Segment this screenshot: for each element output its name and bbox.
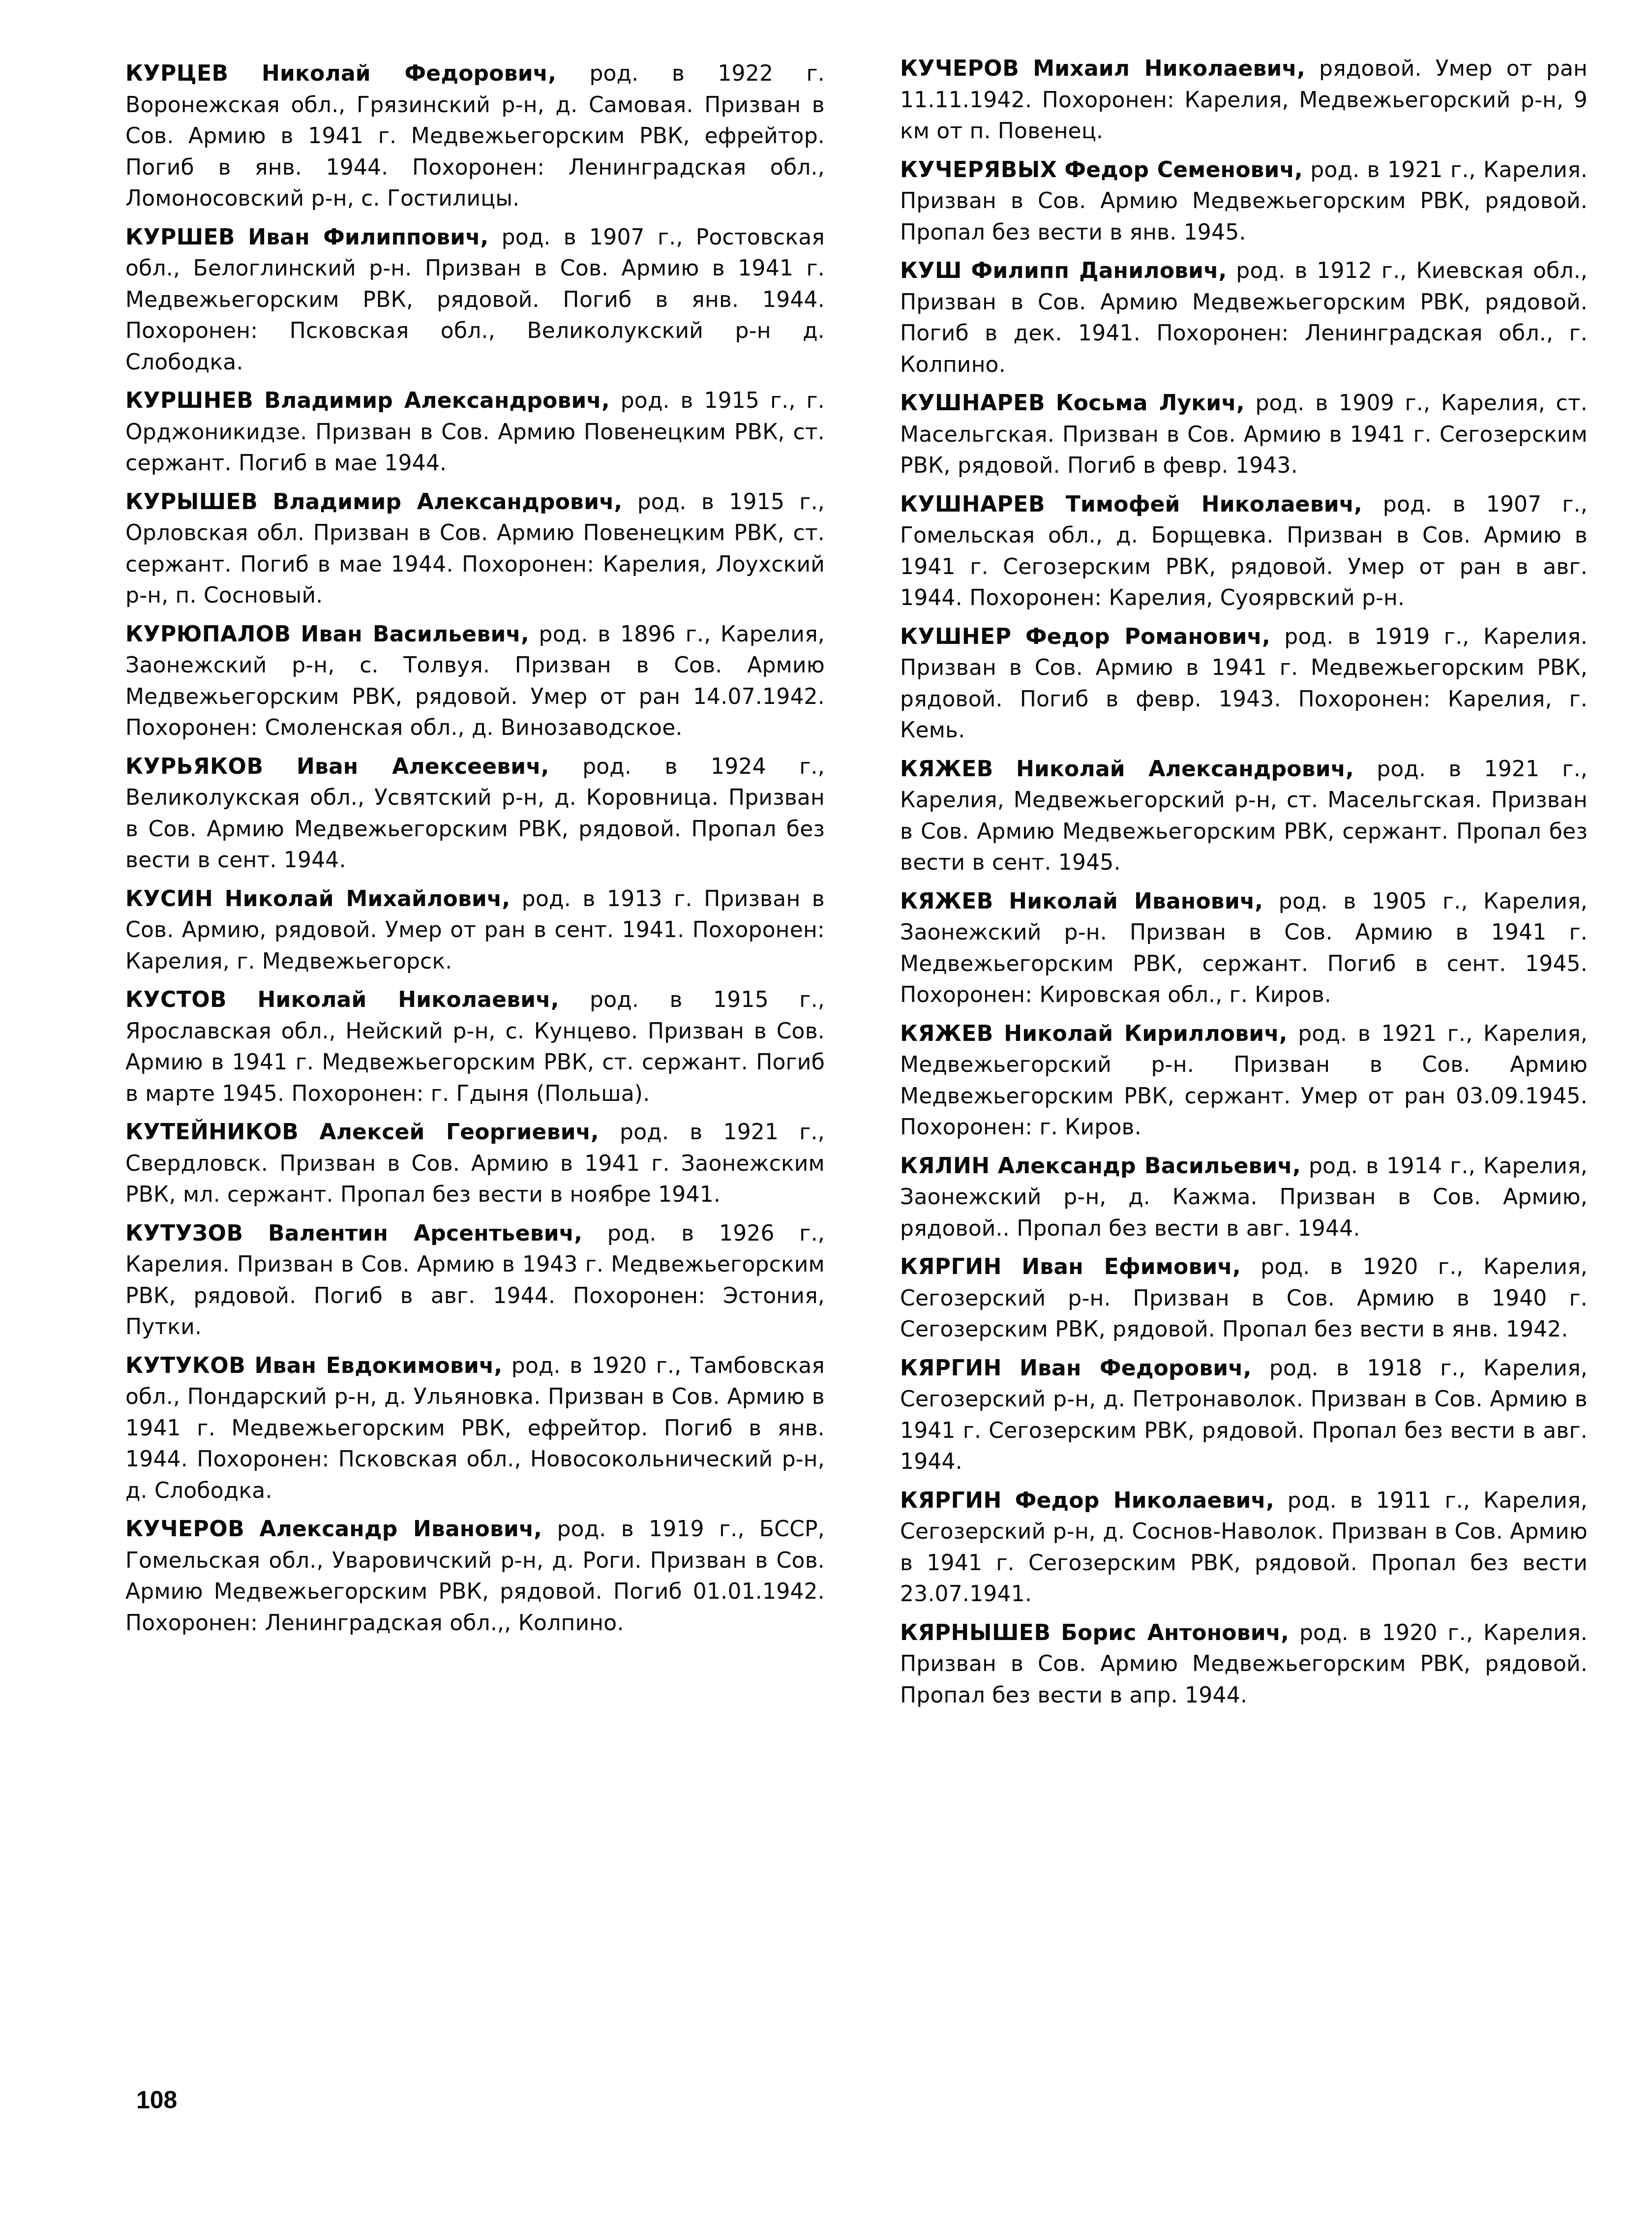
entry-given-name: Иван Евдокимович, (255, 1353, 503, 1378)
entry-given-name: Валентин Арсентьевич, (268, 1221, 582, 1246)
entry-given-name: Иван Филиппович, (248, 225, 488, 250)
entry-given-name: Алексей Георгиевич, (319, 1120, 599, 1145)
entry-surname: КЯРГИН (900, 1488, 1002, 1513)
entry-surname: КУШ (900, 258, 962, 283)
entry: КЯРГИН Иван Федорович, род. в 1918 г., К… (900, 1353, 1588, 1478)
entry: КУСИН Николай Михайлович, род. в 1913 г.… (125, 883, 825, 977)
entry-given-name: Николай Николаевич, (258, 987, 559, 1012)
entry-surname: КУТУКОВ (125, 1353, 245, 1378)
entry: КЯРГИН Иван Ефимович, род. в 1920 г., Ка… (900, 1251, 1588, 1345)
entry: КУШНАРЕВ Тимофей Николаевич, род. в 1907… (900, 489, 1588, 614)
entry: КУШ Филипп Данилович, род. в 1912 г., Ки… (900, 255, 1588, 380)
left-column: КУРЦЕВ Николай Федорович, род. в 1922 г.… (125, 58, 825, 1646)
entry: КУТУЗОВ Валентин Арсентьевич, род. в 192… (125, 1218, 825, 1343)
entry: КУШНАРЕВ Косьма Лукич, род. в 1909 г., К… (900, 388, 1588, 482)
entry-given-name: Александр Васильевич, (998, 1154, 1301, 1179)
entry-surname: КУШНАРЕВ (900, 391, 1045, 416)
entry-surname: КЯРГИН (900, 1356, 1002, 1381)
entry-given-name: Тимофей Николаевич, (1066, 492, 1362, 517)
entry: КЯЖЕВ Николай Кириллович, род. в 1921 г.… (900, 1018, 1588, 1143)
entry-surname: КЯЛИН (900, 1154, 990, 1179)
entry-surname: КУРЦЕВ (125, 61, 229, 86)
entry-surname: КЯЖЕВ (900, 757, 993, 782)
entry-surname: КУЧЕРОВ (125, 1517, 244, 1542)
entry-surname: КЯРНЫШЕВ (900, 1620, 1051, 1645)
entry-given-name: Филипп Данилович, (971, 258, 1227, 283)
entry: КУРШЕВ Иван Филиппович, род. в 1907 г., … (125, 222, 825, 378)
entry-given-name: Федор Николаевич, (1015, 1488, 1274, 1513)
entry-given-name: Николай Михайлович, (225, 886, 511, 912)
entry-surname: КУСИН (125, 886, 213, 912)
entry: КУСТОВ Николай Николаевич, род. в 1915 г… (125, 984, 825, 1109)
entry-given-name: Борис Антонович, (1061, 1620, 1289, 1645)
entry-surname: КУШНАРЕВ (900, 492, 1045, 517)
entry-given-name: Иван Ефимович, (1021, 1254, 1241, 1279)
entry: КЯРГИН Федор Николаевич, род. в 1911 г.,… (900, 1485, 1588, 1610)
entry: КУШНЕР Федор Романович, род. в 1919 г., … (900, 621, 1588, 746)
entry-given-name: Иван Алексеевич, (297, 754, 549, 779)
entry-surname: КУРШНЕВ (125, 388, 253, 413)
entry-given-name: Федор Романович, (1025, 624, 1270, 649)
entry: КЯЖЕВ Николай Александрович, род. в 1921… (900, 754, 1588, 879)
entry-given-name: Николай Кириллович, (1004, 1021, 1287, 1046)
page-number: 108 (136, 2086, 177, 2114)
entry-given-name: Александр Иванович, (259, 1517, 542, 1542)
entry: КУЧЕРОВ Александр Иванович, род. в 1919 … (125, 1514, 825, 1639)
entry-given-name: Владимир Александрович, (264, 388, 610, 413)
entry: КУРЬЯКОВ Иван Алексеевич, род. в 1924 г.… (125, 751, 825, 876)
entry-surname: КУТЕЙНИКОВ (125, 1120, 299, 1145)
right-column: КУЧЕРОВ Михаил Николаевич, рядовой. Умер… (900, 53, 1588, 1718)
entry-surname: КЯРГИН (900, 1254, 1002, 1279)
entry-surname: КУРЫШЕВ (125, 489, 258, 515)
entry: КУТУКОВ Иван Евдокимович, род. в 1920 г.… (125, 1350, 825, 1507)
entry-given-name: Николай Александрович, (1016, 757, 1354, 782)
entry-surname: КУСТОВ (125, 987, 227, 1012)
entry-surname: КЯЖЕВ (900, 889, 993, 914)
entry-surname: КЯЖЕВ (900, 1021, 993, 1046)
entry-text: род. в 1920 г., Карелия, Сегозерский р-н… (900, 1254, 1588, 1342)
entry: КУРЫШЕВ Владимир Александрович, род. в 1… (125, 486, 825, 611)
entry-given-name: Михаил Николаевич, (1033, 56, 1305, 81)
entry-given-name: Иван Васильевич, (300, 622, 529, 647)
entry-surname: КУРЬЯКОВ (125, 754, 263, 779)
entry: КУРШНЕВ Владимир Александрович, род. в 1… (125, 385, 825, 479)
entry: КУЧЕРЯВЫХ Федор Семенович, род. в 1921 г… (900, 154, 1588, 248)
entry-given-name: Николай Иванович, (1009, 889, 1263, 914)
entry-given-name: Владимир Александрович, (272, 489, 622, 515)
entry-surname: КУТУЗОВ (125, 1221, 243, 1246)
entry: КЯРНЫШЕВ Борис Антонович, род. в 1920 г.… (900, 1617, 1588, 1711)
entry-surname: КУШНЕР (900, 624, 1011, 649)
entry: КУЧЕРОВ Михаил Николаевич, рядовой. Умер… (900, 53, 1588, 147)
entry-given-name: Иван Федорович, (1020, 1356, 1252, 1381)
entry: КУРЮПАЛОВ Иван Васильевич, род. в 1896 г… (125, 619, 825, 744)
entry-given-name: Косьма Лукич, (1056, 391, 1245, 416)
entry-given-name: Николай Федорович, (262, 61, 556, 86)
entry-surname: КУРЮПАЛОВ (125, 622, 291, 647)
entry-surname: КУЧЕРОВ (900, 56, 1019, 81)
entry-surname: КУЧЕРЯВЫХ (900, 157, 1057, 182)
entry: КУТЕЙНИКОВ Алексей Георгиевич, род. в 19… (125, 1117, 825, 1211)
entry-surname: КУРШЕВ (125, 225, 235, 250)
entry: КЯЖЕВ Николай Иванович, род. в 1905 г., … (900, 886, 1588, 1011)
entry: КУРЦЕВ Николай Федорович, род. в 1922 г.… (125, 58, 825, 214)
entry: КЯЛИН Александр Васильевич, род. в 1914 … (900, 1151, 1588, 1245)
entry-given-name: Федор Семенович, (1064, 157, 1303, 182)
